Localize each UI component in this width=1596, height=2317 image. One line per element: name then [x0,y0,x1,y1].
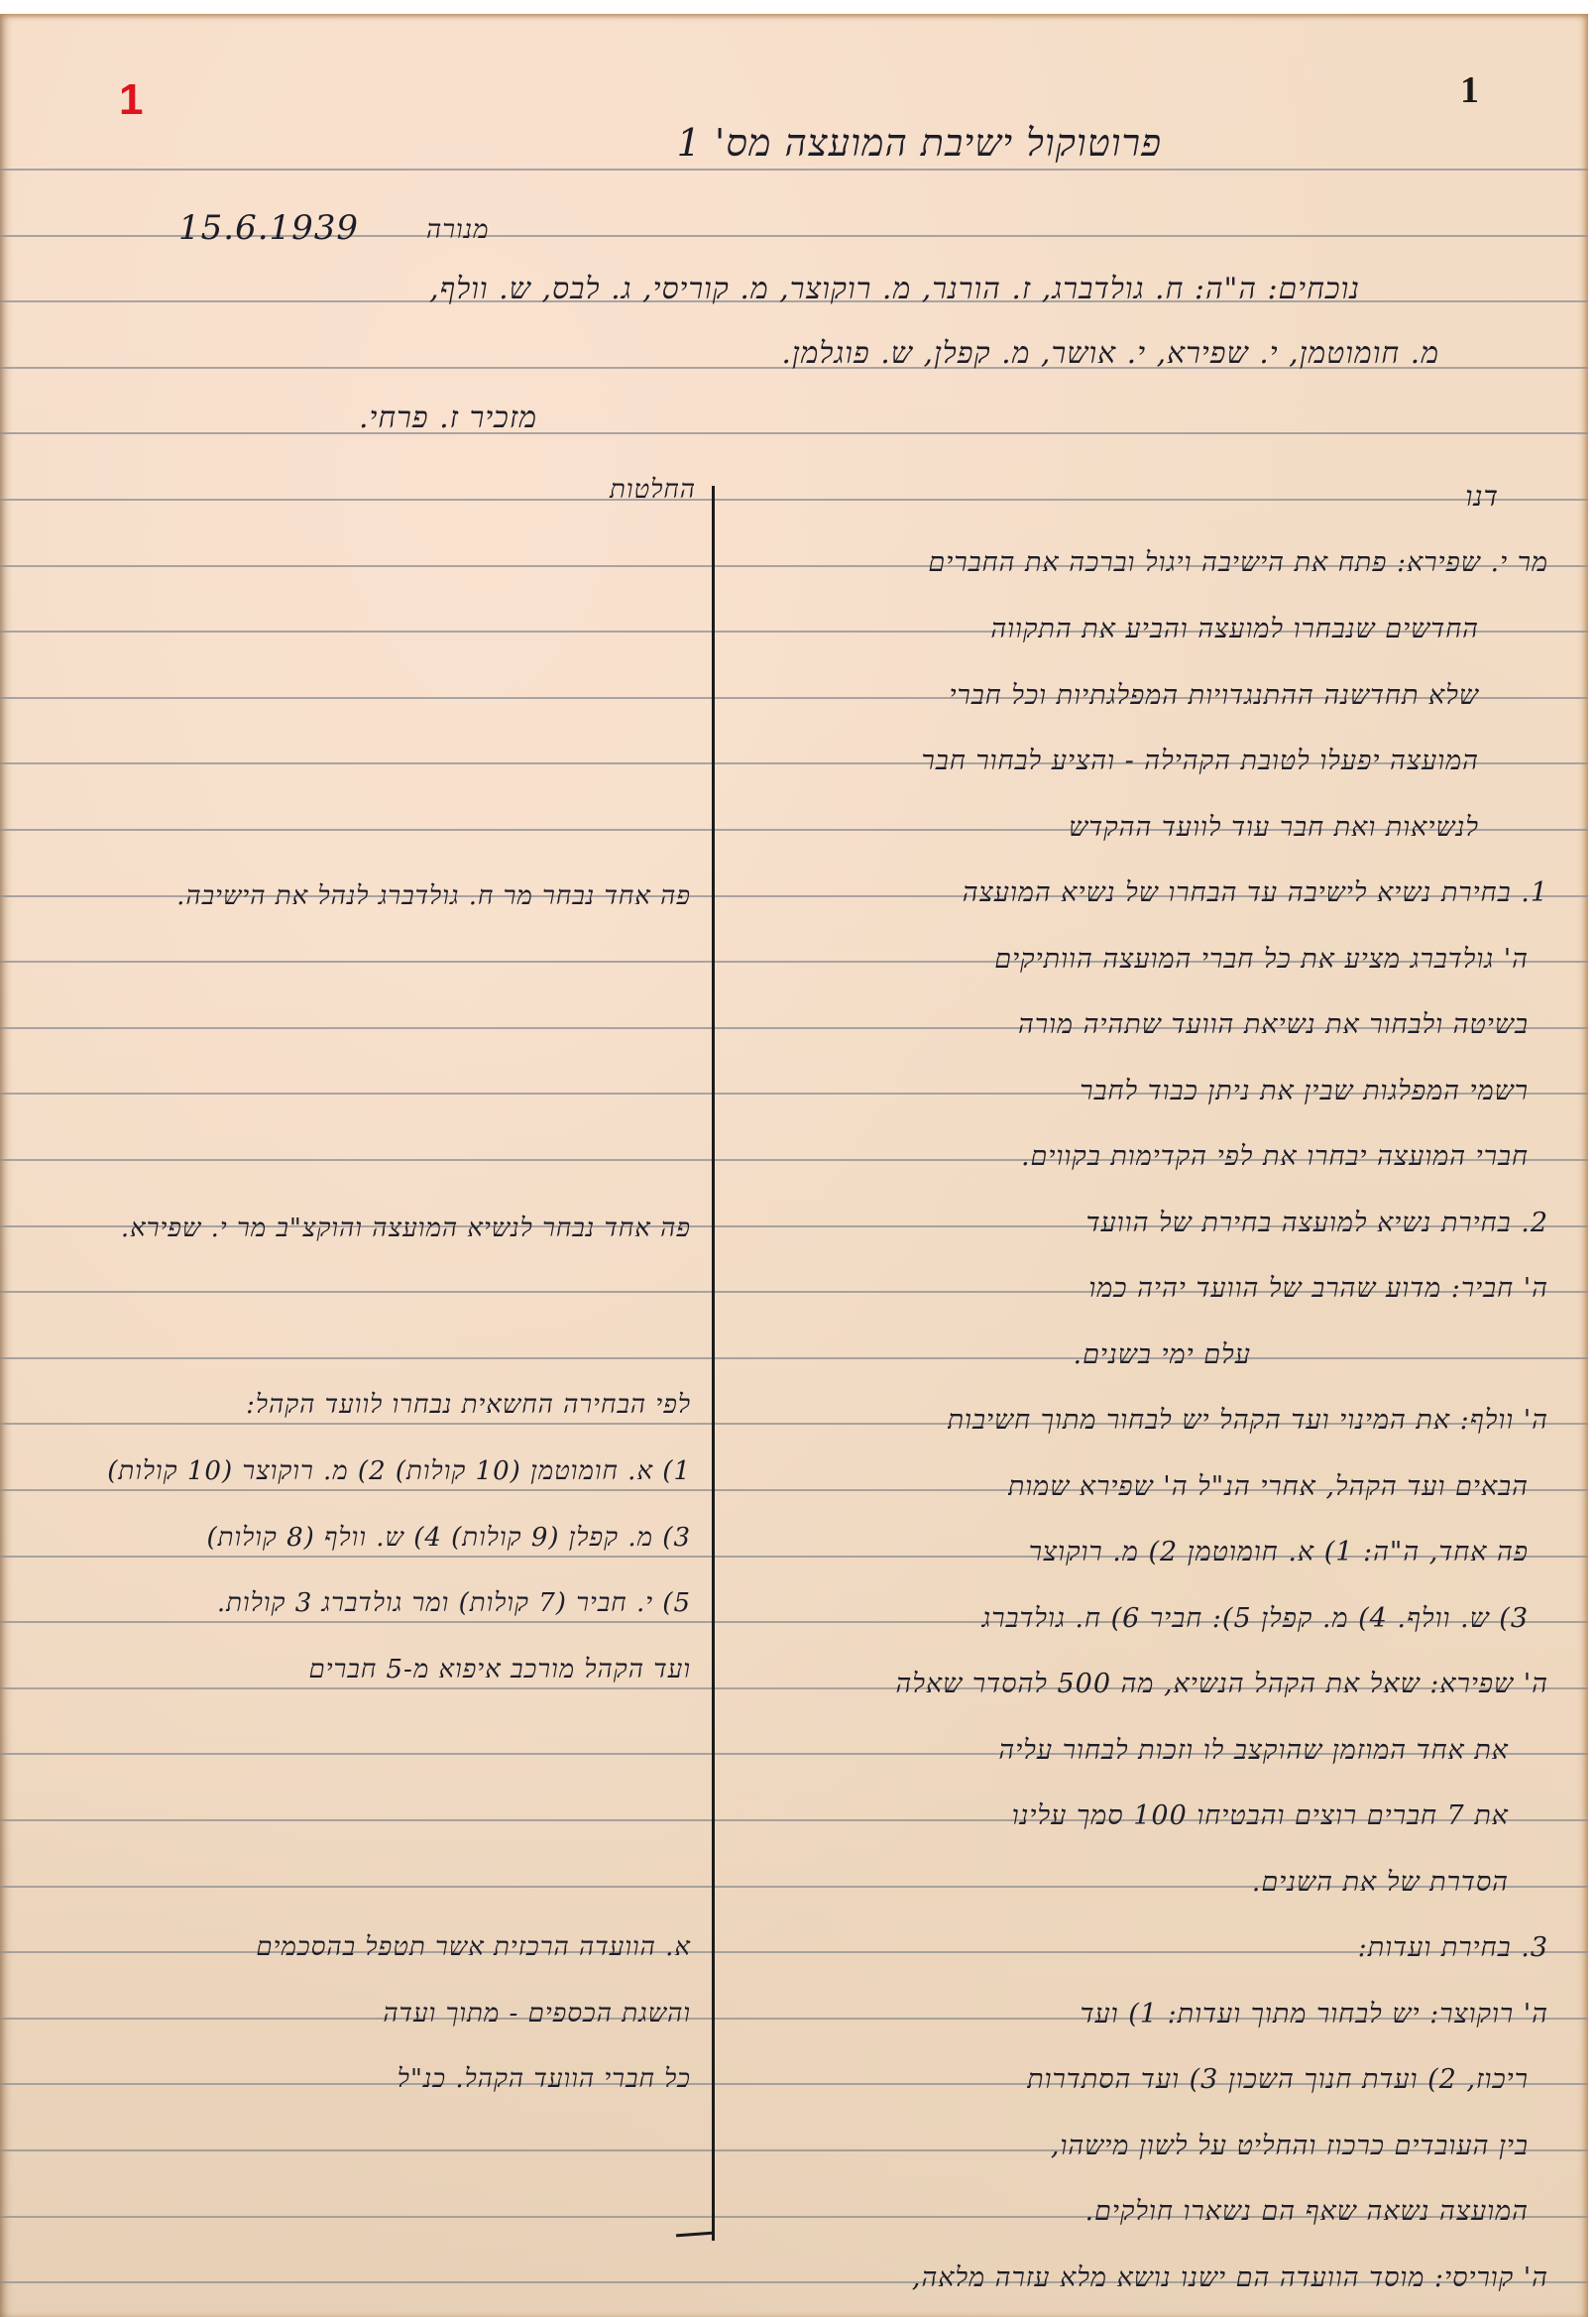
discussion-line: שלא תחדשנה ההתנגדויות המפלגתיות וכל חברי [949,680,1479,711]
discussion-line: ה' וולף: את המינוי ועד הקהל יש לבחור מתו… [948,1405,1548,1436]
discussion-line: 2. בחירת נשיא למועצה בחירת של הוועד [1086,1208,1548,1238]
discussion-line: מר י. שפירא: פתח את הישיבה ויגול וברכה א… [928,547,1548,578]
column-divider [712,486,715,2241]
place-label: מנורה [426,215,490,245]
ruled-line [0,1951,1588,1953]
ruled-line [0,499,1588,501]
decision-line: והשגת הכספים - מתוך ועדה [383,1999,691,2028]
discussion-line: 1. בחירת נשיא לישיבה עד הבחרו של נשיא המ… [963,877,1548,908]
decision-line: לפי הבחירה החשאית נבחרו לוועד הקהל: [246,1390,691,1420]
discussion-line: 3) ש. וולף. 4) מ. קפלן 5): חביר 6) ח. גו… [981,1603,1529,1634]
discussion-line: את אחד המוזמן שהוקצב לו וזכות לבחור עליה [998,1735,1509,1766]
discussion-line: 3. בחירת ועדות: [1358,1932,1548,1963]
discussion-line: ה' חביר: מדוע שהרב של הוועד יהיה כמו [1088,1273,1548,1304]
discussion-line: החדשים שנבחרו למועצה והביע את התקווה [990,614,1479,644]
decision-line: 1) א. חומוטמן (10 קולות) 2) מ. רוקוצר (1… [107,1456,691,1486]
ruled-line [0,1357,1588,1359]
decision-line: 3) מ. קפלן (9 קולות) 4) ש. וולף (8 קולות… [206,1523,691,1553]
discussion-line: ה' רוקוצר: יש לבחור מתוך ועדות: 1) ועד [1081,1999,1548,2029]
secretary-line: מזכיר ז. פרחי. [359,401,537,435]
discussion-line: ה' שפירא: שאל את הקהל הנשיא, מה 500 להסד… [896,1669,1548,1699]
discussion-line: הסדרת של את השנים. [1252,1867,1509,1898]
discussion-line: לנשיאות ואת חבר עוד לוועד ההקדש [1069,812,1479,843]
ruled-line [0,432,1588,434]
decision-line: פה אחד נבחר לנשיא המועצה והוקצ"ב מר י. ש… [121,1214,691,1243]
column-divider-foot [676,2232,714,2238]
discussion-line: ה' גולדברג מציע את כל חברי המועצה הוותיק… [994,944,1529,975]
decision-line: 5) י. חביר (7 קולות) ומר גולדברג 3 קולות… [217,1588,691,1618]
page-marker-red: 1 [119,75,143,125]
discussion-line: הבאים ועד הקהל, אחרי הנ"ל ה' שפירא שמות [1008,1471,1529,1502]
discussion-line: בין העובדים כרכוז והחליט על לשון מישהו, [1051,2131,1529,2161]
discussion-line: רשמי המפלגות שבין את ניתן כבוד לחבר [1080,1076,1529,1106]
attendees-line-1: נוכחים: ה"ה: ח. גולדברג, ז. הורנר, מ. רו… [429,272,1360,306]
discussion-line: חברי המועצה יבחרו את לפי הקדימות בקווים. [1021,1141,1529,1172]
discussion-line: ה' קוריסי: מוסד הוועדה הם ישנו נושא מלא … [912,2262,1548,2293]
discussion-line: ריכוז, 2) ועדת חנוך השכון 3) ועד הסתדרות [1027,2064,1529,2095]
notebook-page: 1 1 פרוטוקול ישיבת המועצה מס' 1 15.6.193… [0,14,1588,2317]
ruled-line [0,169,1588,171]
discussion-line: המועצה יפעלו לטובת הקהילה - והציע לבחור … [922,746,1479,776]
discussion-heading: דנו [1465,480,1499,514]
discussion-line: המועצה נשאה שאף הם נשארו חולקים. [1084,2196,1529,2227]
discussion-line: בשיטה ולבחור את נשיאת הוועד שתהיה מורה [1018,1009,1529,1040]
meeting-date: 15.6.1939 [178,208,359,248]
decision-line: ועד הקהל מורכב איפוא מ-5 חברים [308,1655,691,1684]
discussion-line: עלם ימי בשנים. [1073,1339,1251,1370]
decisions-heading: החלטות [610,475,696,505]
discussion-line: פה אחד, ה"ה: 1) א. חומוטמן 2) מ. רוקוצר [1029,1537,1529,1567]
decision-line: פה אחד נבחר מר ח. גולדברג לנהל את הישיבה… [176,881,691,911]
attendees-line-2: מ. חומוטמן, י. שפירא, י. אושר, מ. קפלן, … [781,336,1439,371]
decision-line: א. הוועדה הרכזית אשר תטפל בהסכמים [256,1932,691,1962]
decision-line: כל חברי הוועד הקהל. כנ"ל [398,2064,691,2094]
page-number: 1 [1460,68,1479,112]
discussion-line: את 7 חברים רוצים והבטיחו 100 סמך עלינו [1012,1800,1509,1831]
page-title: פרוטוקול ישיבת המועצה מס' 1 [677,121,1162,166]
